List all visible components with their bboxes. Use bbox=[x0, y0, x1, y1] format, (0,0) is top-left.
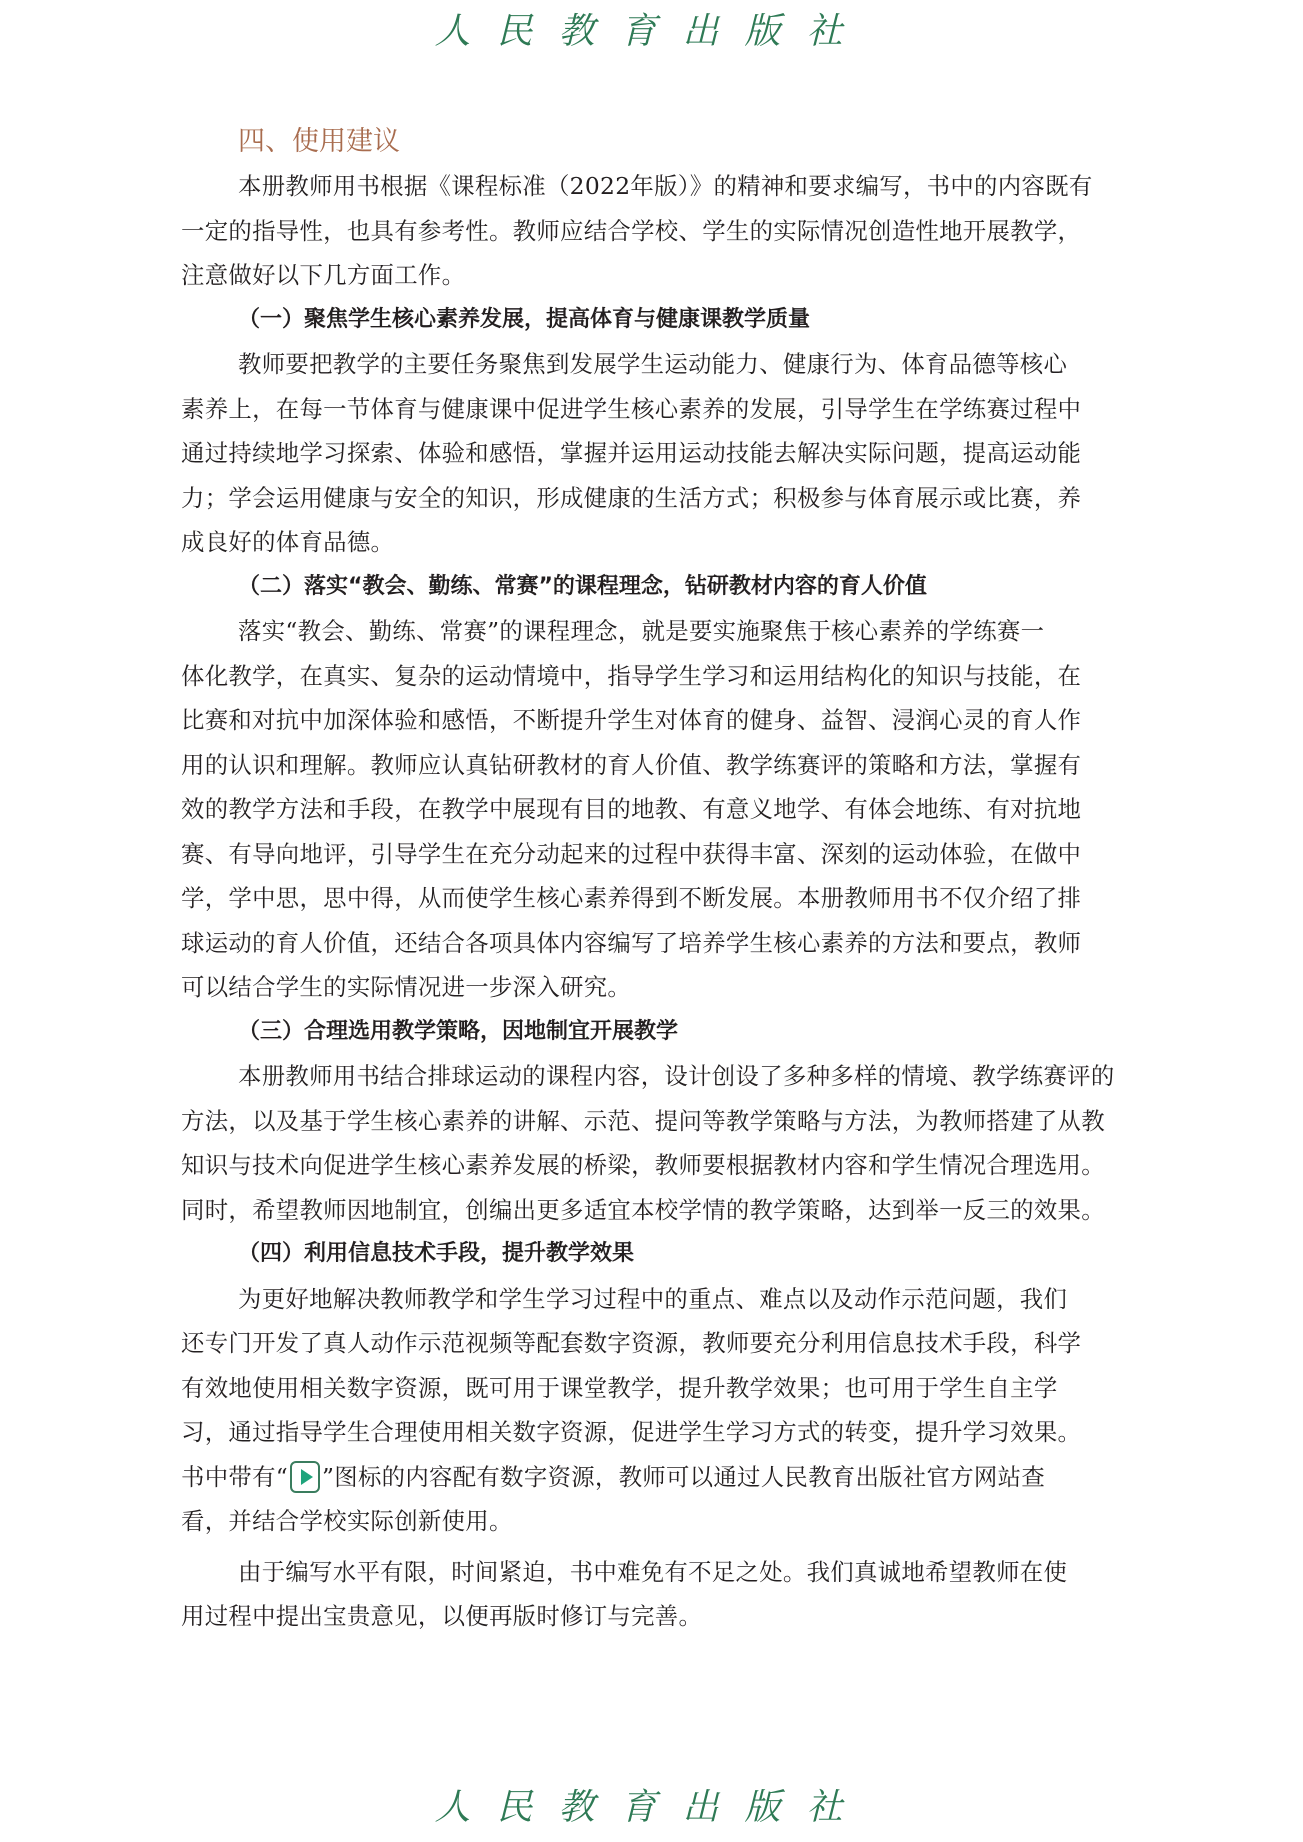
text-fragment: 书中带有“ bbox=[181, 1463, 288, 1491]
text-line: 学，学中思，思中得，从而使学生核心素养得到不断发展。本册教师用书不仅介绍了排 bbox=[181, 876, 1181, 921]
subsection-heading: （一）聚焦学生核心素养发展，提高体育与健康课教学质量 bbox=[181, 298, 1181, 343]
text-line: 通过持续地学习探索、体验和感悟，掌握并运用运动技能去解决实际问题，提高运动能 bbox=[181, 431, 1181, 476]
text-line: 注意做好以下几方面工作。 bbox=[181, 253, 1181, 298]
text-line: 教师要把教学的主要任务聚焦到发展学生运动能力、健康行为、体育品德等核心 bbox=[181, 342, 1181, 387]
text-line: 球运动的育人价值，还结合各项具体内容编写了培养学生核心素养的方法和要点，教师 bbox=[181, 921, 1181, 966]
publisher-logo-footer: 人民教育出版社 bbox=[0, 1790, 1303, 1826]
text-line: 效的教学方法和手段，在教学中展现有目的地教、有意义地学、有体会地练、有对抗地 bbox=[181, 787, 1181, 832]
text-line: 方法，以及基于学生核心素养的讲解、示范、提问等教学策略与方法，为教师搭建了从教 bbox=[181, 1099, 1181, 1144]
closing-paragraph: 由于编写水平有限，时间紧迫，书中难免有不足之处。我们真诚地希望教师在使 用过程中… bbox=[181, 1550, 1181, 1639]
section-title: 四、使用建议 bbox=[238, 120, 1181, 164]
subsection-2: （二）落实“教会、勤练、常赛”的课程理念，钻研教材内容的育人价值 落实“教会、勤… bbox=[181, 565, 1181, 1010]
play-video-icon bbox=[290, 1461, 320, 1493]
text-line: 比赛和对抗中加深体验和感悟，不断提升学生对体育的健身、益智、浸润心灵的育人作 bbox=[181, 698, 1181, 743]
document-page: 四、使用建议 本册教师用书根据《课程标准（2022年版）》的精神和要求编写，书中… bbox=[181, 120, 1181, 1639]
text-line-with-icon: 书中带有“”图标的内容配有数字资源，教师可以通过人民教育出版社官方网站查 bbox=[181, 1455, 1181, 1500]
text-line: 素养上，在每一节体育与健康课中促进学生核心素养的发展，引导学生在学练赛过程中 bbox=[181, 387, 1181, 432]
text-line: 有效地使用相关数字资源，既可用于课堂教学，提升教学效果；也可用于学生自主学 bbox=[181, 1366, 1181, 1411]
text-line: 看，并结合学校实际创新使用。 bbox=[181, 1499, 1181, 1544]
subsection-heading: （四）利用信息技术手段，提升教学效果 bbox=[181, 1232, 1181, 1277]
text-fragment: ”图标的内容配有数字资源，教师可以通过人民教育出版社官方网站查 bbox=[322, 1463, 1045, 1491]
text-line: 体化教学，在真实、复杂的运动情境中，指导学生学习和运用结构化的知识与技能，在 bbox=[181, 654, 1181, 699]
text-line: 同时，希望教师因地制宜，创编出更多适宜本校学情的教学策略，达到举一反三的效果。 bbox=[181, 1188, 1181, 1233]
intro-paragraph: 本册教师用书根据《课程标准（2022年版）》的精神和要求编写，书中的内容既有 一… bbox=[181, 164, 1181, 298]
text-line: 还专门开发了真人动作示范视频等配套数字资源，教师要充分利用信息技术手段，科学 bbox=[181, 1321, 1181, 1366]
text-line: 本册教师用书结合排球运动的课程内容，设计创设了多种多样的情境、教学练赛评的 bbox=[181, 1054, 1181, 1099]
subsection-heading: （二）落实“教会、勤练、常赛”的课程理念，钻研教材内容的育人价值 bbox=[181, 565, 1181, 610]
text-line: 本册教师用书根据《课程标准（2022年版）》的精神和要求编写，书中的内容既有 bbox=[181, 164, 1181, 209]
subsection-4: （四）利用信息技术手段，提升教学效果 为更好地解决教师教学和学生学习过程中的重点… bbox=[181, 1232, 1181, 1544]
text-line: 为更好地解决教师教学和学生学习过程中的重点、难点以及动作示范问题，我们 bbox=[181, 1277, 1181, 1322]
text-line: 一定的指导性，也具有参考性。教师应结合学校、学生的实际情况创造性地开展教学， bbox=[181, 209, 1181, 254]
subsection-heading: （三）合理选用教学策略，因地制宜开展教学 bbox=[181, 1010, 1181, 1055]
text-line: 用过程中提出宝贵意见，以便再版时修订与完善。 bbox=[181, 1594, 1181, 1639]
text-line: 赛、有导向地评，引导学生在充分动起来的过程中获得丰富、深刻的运动体验，在做中 bbox=[181, 832, 1181, 877]
text-line: 习，通过指导学生合理使用相关数字资源，促进学生学习方式的转变，提升学习效果。 bbox=[181, 1410, 1181, 1455]
text-line: 用的认识和理解。教师应认真钻研教材的育人价值、教学练赛评的策略和方法，掌握有 bbox=[181, 743, 1181, 788]
subsection-3: （三）合理选用教学策略，因地制宜开展教学 本册教师用书结合排球运动的课程内容，设… bbox=[181, 1010, 1181, 1233]
subsection-1: （一）聚焦学生核心素养发展，提高体育与健康课教学质量 教师要把教学的主要任务聚焦… bbox=[181, 298, 1181, 565]
text-line: 可以结合学生的实际情况进一步深入研究。 bbox=[181, 965, 1181, 1010]
text-line: 成良好的体育品德。 bbox=[181, 520, 1181, 565]
text-line: 力；学会运用健康与安全的知识，形成健康的生活方式；积极参与体育展示或比赛，养 bbox=[181, 476, 1181, 521]
text-line: 知识与技术向促进学生核心素养发展的桥梁，教师要根据教材内容和学生情况合理选用。 bbox=[181, 1143, 1181, 1188]
text-line: 落实“教会、勤练、常赛”的课程理念，就是要实施聚焦于核心素养的学练赛一 bbox=[181, 609, 1181, 654]
publisher-logo-header: 人民教育出版社 bbox=[0, 14, 1303, 50]
text-line: 由于编写水平有限，时间紧迫，书中难免有不足之处。我们真诚地希望教师在使 bbox=[181, 1550, 1181, 1595]
